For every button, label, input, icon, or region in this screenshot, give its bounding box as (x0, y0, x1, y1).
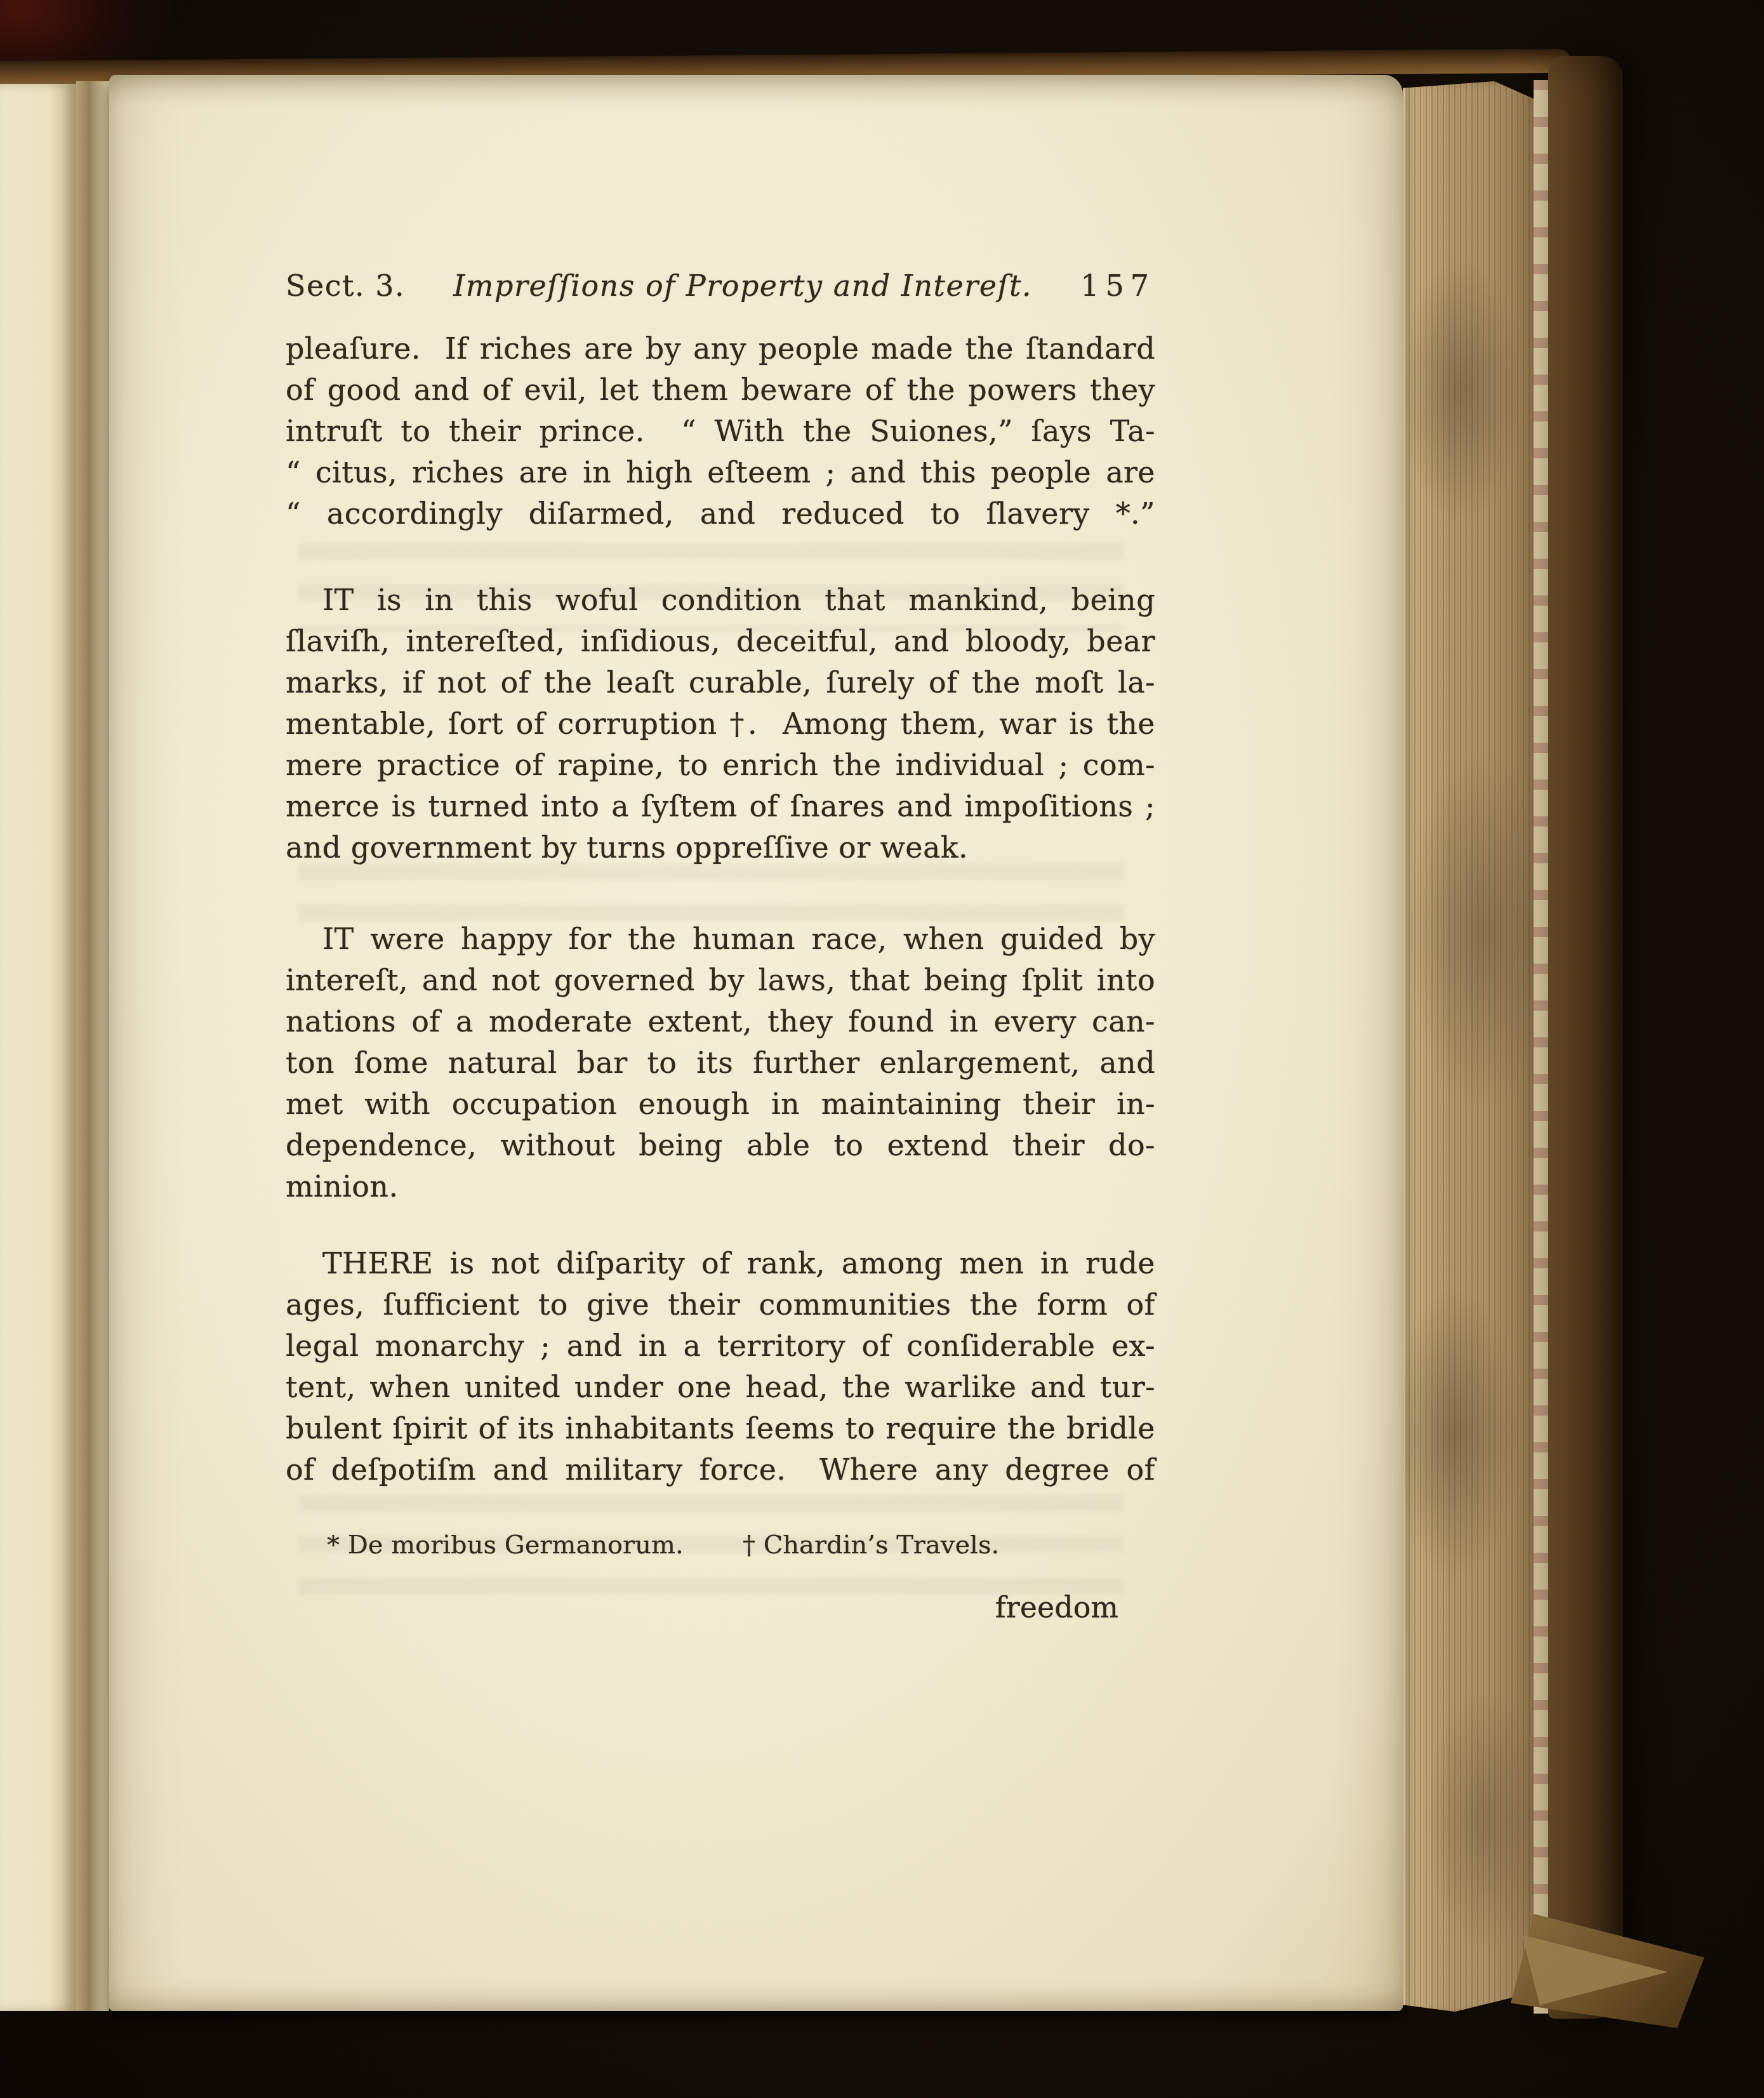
text-line: bulent ſpirit of its inhabitants ſeems t… (286, 1408, 1155, 1449)
text-line: legal monarchy ; and in a territory of c… (286, 1325, 1155, 1367)
text-line: pleaſure. If riches are by any people ma… (286, 328, 1155, 369)
text-line: ſlaviſh, intereſted, inſidious, deceitfu… (286, 621, 1155, 662)
footnote-asterisk: * De moribus Germanorum. (327, 1529, 684, 1562)
text-line: intereſt, and not governed by laws, that… (286, 960, 1155, 1001)
text-line: mentable, ſort of corruption †. Among th… (286, 703, 1155, 745)
text-line: ages, ſufficient to give their communiti… (286, 1284, 1155, 1325)
running-title: Impreſſions of Property and Intereſt. (453, 265, 1032, 307)
text-line: IT is in this woful condition that manki… (286, 580, 1155, 621)
section-label: Sect. 3. (286, 265, 405, 307)
footnote-dagger: † Chardin’s Travels. (743, 1529, 999, 1562)
text-line: of good and of evil, let them beware of … (286, 369, 1155, 411)
text-line: tent, when united under one head, the wa… (286, 1367, 1155, 1408)
running-head: Sect. 3. Impreſſions of Property and Int… (286, 265, 1155, 307)
text-line: “ accordingly diſarmed, and reduced to ſ… (286, 493, 1155, 534)
book-photo: Sect. 3. Impreſſions of Property and Int… (0, 0, 1764, 2098)
text-line: of deſpotiſm and military force. Where a… (286, 1449, 1155, 1491)
text-line: minion. (286, 1166, 1155, 1207)
paragraph: pleaſure. If riches are by any people ma… (286, 328, 1155, 534)
page-number: 157 (1080, 265, 1155, 307)
paragraph: IT were happy for the human race, when g… (286, 919, 1155, 1207)
text-line: IT were happy for the human race, when g… (286, 919, 1155, 960)
text-line: THERE is not diſparity of rank, among me… (286, 1243, 1155, 1284)
paragraph: THERE is not diſparity of rank, among me… (286, 1243, 1155, 1491)
text-line: met with occupation enough in maintainin… (286, 1084, 1155, 1125)
text-line: marks, if not of the leaſt curable, ſure… (286, 662, 1155, 703)
text-line: nations of a moderate extent, they found… (286, 1001, 1155, 1042)
leather-cover-edge (1548, 56, 1623, 2019)
text-line: mere practice of rapine, to enrich the i… (286, 745, 1155, 786)
paragraph: IT is in this woful condition that manki… (286, 580, 1155, 868)
facing-page-sliver (0, 84, 76, 2011)
gutter-shadow (76, 81, 109, 2011)
text-line: and government by turns oppreſſive or we… (286, 827, 1155, 868)
marbled-endpaper-sliver (1534, 80, 1548, 2014)
catchword: freedom (286, 1587, 1118, 1628)
text-line: merce is turned into a ſyſtem of ſnares … (286, 786, 1155, 827)
text-line: intruſt to their prince. “ With the Suio… (286, 411, 1155, 452)
text-line: ton ſome natural bar to its further enla… (286, 1042, 1155, 1084)
text-line: dependence, without being able to extend… (286, 1125, 1155, 1166)
page-fore-edge (1403, 81, 1534, 2014)
text-line: “ citus, riches are in high eſteem ; and… (286, 452, 1155, 493)
